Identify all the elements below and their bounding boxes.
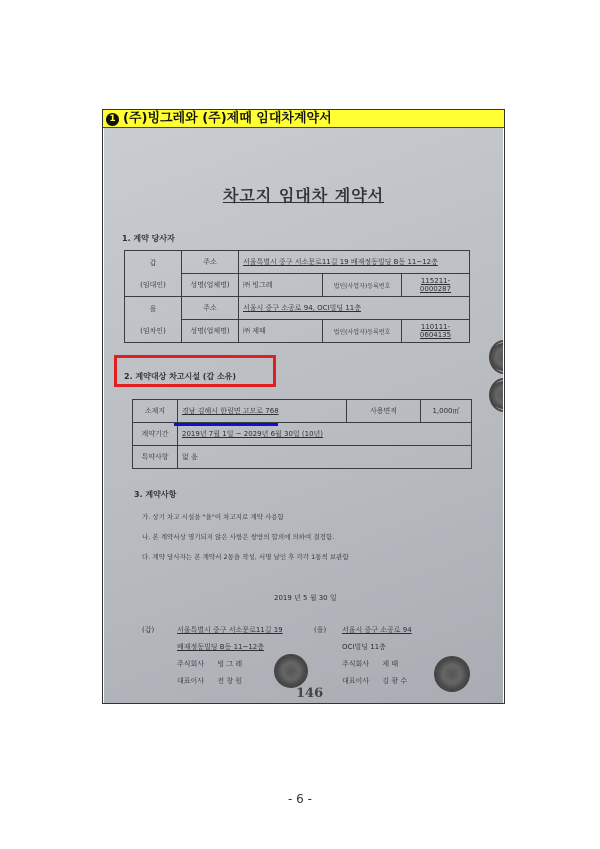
section2-heading: 2. 계약대상 차고시설 (갑 소유): [124, 371, 236, 382]
company-seal-a: [274, 654, 308, 688]
party-a-address-label: 주소: [182, 251, 239, 274]
seal-edge-bottom: [489, 378, 503, 412]
document-title: 차고지 임대차 계약서: [104, 183, 503, 206]
page-footer: - 6 -: [0, 792, 600, 806]
signature-b-label: (을): [314, 622, 326, 639]
facility-table: 소재지 경남 김해시 한림면 고모로 768 사용면적 1,000㎡ 계약기간 …: [132, 399, 472, 469]
figure-frame: 1(주)빙그레와 (주)제때 임대차계약서 차고지 임대차 계약서 1. 계약 …: [102, 109, 505, 704]
party-a-reg-label: 법인(사업자)등록번호: [323, 274, 402, 297]
scan-page-number: 146: [296, 686, 323, 701]
party-a-role: 갑(임대인): [125, 251, 182, 297]
caption-number-badge: 1: [106, 113, 119, 126]
special-label: 특약사항: [133, 446, 178, 469]
term-item: 가. 상기 차고 시설을 "을"이 차고지로 계약 사용함: [142, 512, 284, 521]
area-label: 사용면적: [347, 400, 421, 423]
signature-a-block: 서울특별시 중구 서소문로11길 19 배재정동빌딩 B동 11~12층 주식회…: [177, 622, 283, 690]
term-item: 다. 계약 당사자는 본 계약서 2통을 작성, 서명 날인 후 각각 1통씩 …: [142, 552, 349, 561]
party-b-name-label: 성명(업체명): [182, 320, 239, 343]
signature-b-block: 서울시 중구 소공로 94 OCI빌딩 11층 주식회사 제 때 대표이사 김 …: [342, 622, 412, 690]
figure-caption: 1(주)빙그레와 (주)제때 임대차계약서: [103, 110, 504, 128]
caption-title: (주)빙그레와 (주)제때 임대차계약서: [123, 111, 332, 126]
parties-table: 갑(임대인) 주소 서울특별시 중구 서소문로11길 19 배재정동빌딩 B동 …: [124, 250, 470, 343]
party-b-name: ㈜ 제때: [239, 320, 323, 343]
party-a-reg-no: 115211-0000287: [402, 274, 470, 297]
signature-a-label: (갑): [142, 622, 154, 639]
company-seal-b: [434, 656, 470, 692]
party-a-name-label: 성명(업체명): [182, 274, 239, 297]
party-b-address-label: 주소: [182, 297, 239, 320]
special-value: 없 음: [178, 446, 472, 469]
party-a-name: ㈜ 빙그레: [239, 274, 323, 297]
party-b-reg-no: 110111-0604135: [402, 320, 470, 343]
location-underline-mark: [174, 423, 278, 426]
section1-heading: 1. 계약 당사자: [122, 233, 175, 244]
party-b-role: 을(임차인): [125, 297, 182, 343]
term-item: 나. 본 계약서상 명기되지 않은 사항은 쌍방의 합의에 의하여 결정함.: [142, 532, 334, 541]
period-label: 계약기간: [133, 423, 178, 446]
contract-photo: 차고지 임대차 계약서 1. 계약 당사자 갑(임대인) 주소 서울특별시 중구…: [104, 128, 503, 703]
party-a-address: 서울특별시 중구 서소문로11길 19 배재정동빌딩 B동 11~12층: [239, 251, 470, 274]
location-value: 경남 김해시 한림면 고모로 768: [178, 400, 347, 423]
seal-edge-top: [489, 340, 503, 374]
party-b-address: 서울시 중구 소공로 94, OCI빌딩 11층: [239, 297, 470, 320]
location-label: 소재지: [133, 400, 178, 423]
area-value: 1,000㎡: [421, 400, 472, 423]
contract-date: 2019 년 5 월 30 일: [274, 593, 337, 603]
section3-heading: 3. 계약사항: [134, 489, 176, 500]
party-b-reg-label: 법인(사업자)등록번호: [323, 320, 402, 343]
